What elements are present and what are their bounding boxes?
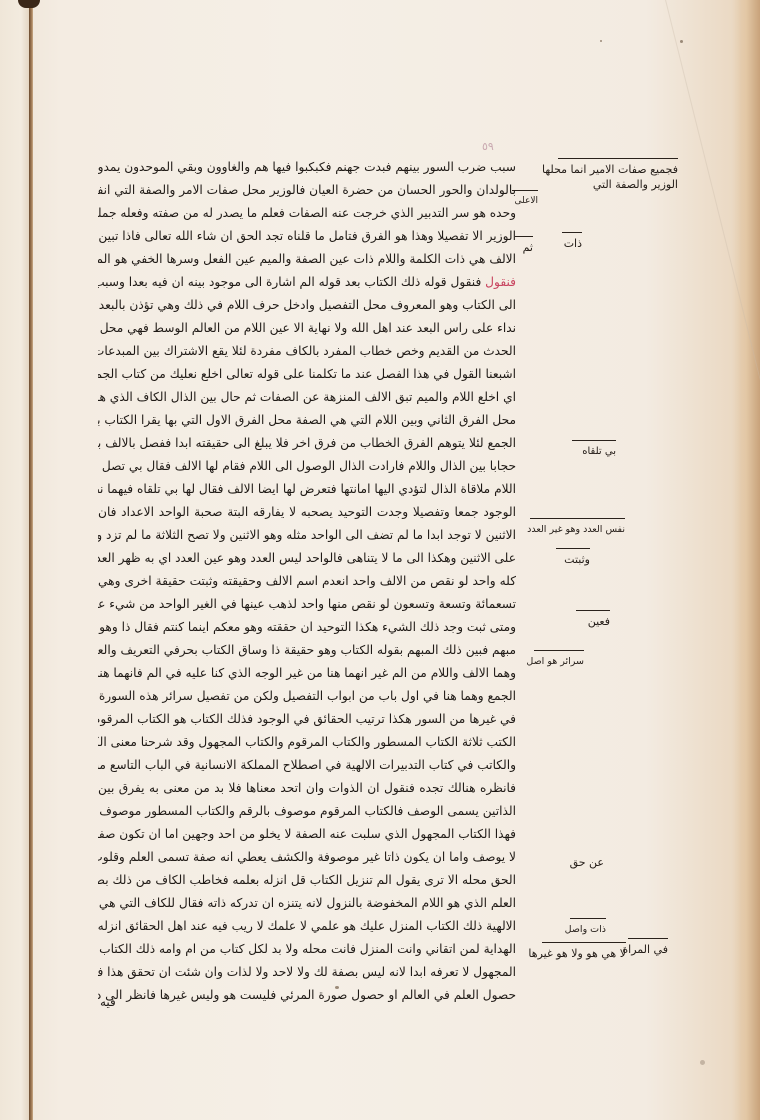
text-line: الحدث من القديم وخص خطاب المفرد بالكاف م… — [98, 340, 516, 363]
margin-note-line: الوزير والصفة التي — [558, 177, 678, 192]
text-line: المجهول لا تعرفه ابدا لانه ليس بصفة لك و… — [98, 961, 516, 984]
text-line: الى الكتاب وهو المعروف محل التفصيل وادخل… — [98, 294, 516, 317]
margin-note-line: في المراة — [628, 942, 668, 957]
text-line: اللام ملاقاة الذال لتؤدي اليها امانتها ف… — [98, 478, 516, 501]
text-line: مبهم فبين ذلك المبهم بقوله الكتاب وهو حق… — [98, 639, 516, 662]
catchword: فيه — [100, 995, 116, 1009]
text-line: الالهية ذلك الكتاب المنزل عليك هو علمي ل… — [98, 915, 516, 938]
text-line: الجمع وهما هنا في اول باب من ابواب التفص… — [98, 685, 516, 708]
margin-note-line: عن حق — [574, 855, 604, 870]
text-line: الذاتين يسمى الوصف فالكتاب المرقوم موصوف… — [98, 800, 516, 823]
margin-note-line: وثبتت — [556, 552, 590, 567]
text-line: الجمع لئلا يتوهم الفرق الخطاب من فرق اخر… — [98, 432, 516, 455]
text-line: نداء على راس البعد عند اهل الله ولا نهاي… — [98, 317, 516, 340]
margin-note-gloss: ثم — [515, 236, 533, 255]
binding-gutter — [29, 0, 33, 1120]
text-line: الاثنين لا توجد ابدا ما لم تضف الى الواح… — [98, 524, 516, 547]
margin-note-line: نفس العدد وهو غير العدد — [530, 522, 625, 537]
text-line: في غيرها من السور هكذا ترتيب الحقائق في … — [98, 708, 516, 731]
margin-note-gloss: ذات واصل — [570, 918, 606, 937]
margin-note-line: لا هي هو ولا هو غيرها — [542, 946, 626, 961]
margin-note-gloss: عن حق — [574, 855, 604, 870]
margin-note-line: ذات واصل — [570, 922, 606, 937]
text-line: بالولدان والحور الحسان من حضرة العيان فا… — [98, 179, 516, 202]
margin-note-line: بي تلقاه — [572, 444, 616, 459]
text-line: الالف هي ذات الكلمة واللام ذات عين الصفة… — [98, 248, 516, 271]
folio-number: ٥٩ — [482, 140, 494, 153]
margin-note-line: ذات — [562, 236, 582, 251]
text-line: اي اخلع اللام والميم تبق الالف المنزهة ع… — [98, 386, 516, 409]
margin-note-line: فجميع صفات الامير انما محلها — [558, 162, 678, 177]
facing-page-edge — [0, 0, 30, 1120]
text-line: محل الفرق الثاني وبين اللام التي هي الصف… — [98, 409, 516, 432]
margin-note-gloss: نفس العدد وهو غير العدد — [530, 518, 625, 537]
page-edge-stain — [732, 0, 760, 1120]
text-line: فهذا الكتاب المجهول الذي سلبت عنه الصفة … — [98, 823, 516, 846]
margin-note-line: الاعلى — [512, 194, 538, 209]
main-text-block: سبب ضرب السور بينهم فبدت جهنم فكبكبوا في… — [98, 156, 516, 1007]
margin-note-gloss: في المراة — [628, 938, 668, 957]
text-line: العلم الذي هو اللام المخفوضة بالنزول لان… — [98, 892, 516, 915]
margin-note-line: سرائر هو اصل — [534, 654, 584, 669]
margin-note-line: فعين — [576, 614, 610, 629]
text-line: حصول العلم في العالم او حصول صورة المرئي… — [98, 984, 516, 1007]
text-line: الوجود جمعا وتفصيلا وجدت التوحيد يصحبه ل… — [98, 501, 516, 524]
text-line: ومتى ثبت وجد ذلك الشيء هكذا التوحيد ان ح… — [98, 616, 516, 639]
paper-speck — [680, 40, 683, 43]
text-line: فانظره هنالك تجده فنقول ان الذوات وان ات… — [98, 777, 516, 800]
text-line-rest: فنقول قوله ذلك الكتاب بعد قوله الم اشارة… — [98, 275, 481, 289]
text-line: وهما الالف واللام من الم غير انهما هنا م… — [98, 662, 516, 685]
margin-note-gloss: سرائر هو اصل — [534, 650, 584, 669]
margin-note-gloss: فعين — [576, 610, 610, 629]
text-line: كله واحد لو نقص من الالف واحد انعدم اسم … — [98, 570, 516, 593]
text-line: لا يوصف واما ان يكون ذاتا غير موصوفة وال… — [98, 846, 516, 869]
text-line: اشبعنا القول في هذا الفصل عند ما تكلمنا … — [98, 363, 516, 386]
margin-note-gloss: وثبتت — [556, 548, 590, 567]
text-line: والكاتب في كتاب التدبيرات الالهية في اصط… — [98, 754, 516, 777]
margin-note-gloss: ذات — [562, 232, 582, 251]
text-line: الحق محله الا ترى يقول الم تنزيل الكتاب … — [98, 869, 516, 892]
paper-speck — [600, 40, 602, 42]
text-line: تسعمائة وتسعة وتسعون لو نقص منها واحد لذ… — [98, 593, 516, 616]
margin-note-gloss: لا هي هو ولا هو غيرها — [542, 942, 626, 961]
rubric-heading: فنقول — [485, 275, 516, 289]
margin-note-sahha: فجميع صفات الامير انما محلها الوزير والص… — [558, 158, 678, 192]
text-line: الوزير الا تفصيلا وهذا هو الفرق فتامل ما… — [98, 225, 516, 248]
margin-note-gloss: بي تلقاه — [572, 440, 616, 459]
text-line: الكتب ثلاثة الكتاب المسطور والكتاب المرق… — [98, 731, 516, 754]
text-line: فنقول فنقول قوله ذلك الكتاب بعد قوله الم… — [98, 271, 516, 294]
text-line: سبب ضرب السور بينهم فبدت جهنم فكبكبوا في… — [98, 156, 516, 179]
paper-speck — [700, 1060, 705, 1065]
text-line: حجابا بين الذال واللام فارادت الذال الوص… — [98, 455, 516, 478]
text-line: على الاثنين وهكذا الى ما لا يتناهى فالوا… — [98, 547, 516, 570]
margin-note-line: ثم — [515, 240, 533, 255]
text-line: الهداية لمن اتقاني وانت المنزل فانت محله… — [98, 938, 516, 961]
text-line: وحده هو سر التدبير الذي خرجت عنه الصفات … — [98, 202, 516, 225]
margin-note-gloss: الاعلى — [512, 190, 538, 209]
